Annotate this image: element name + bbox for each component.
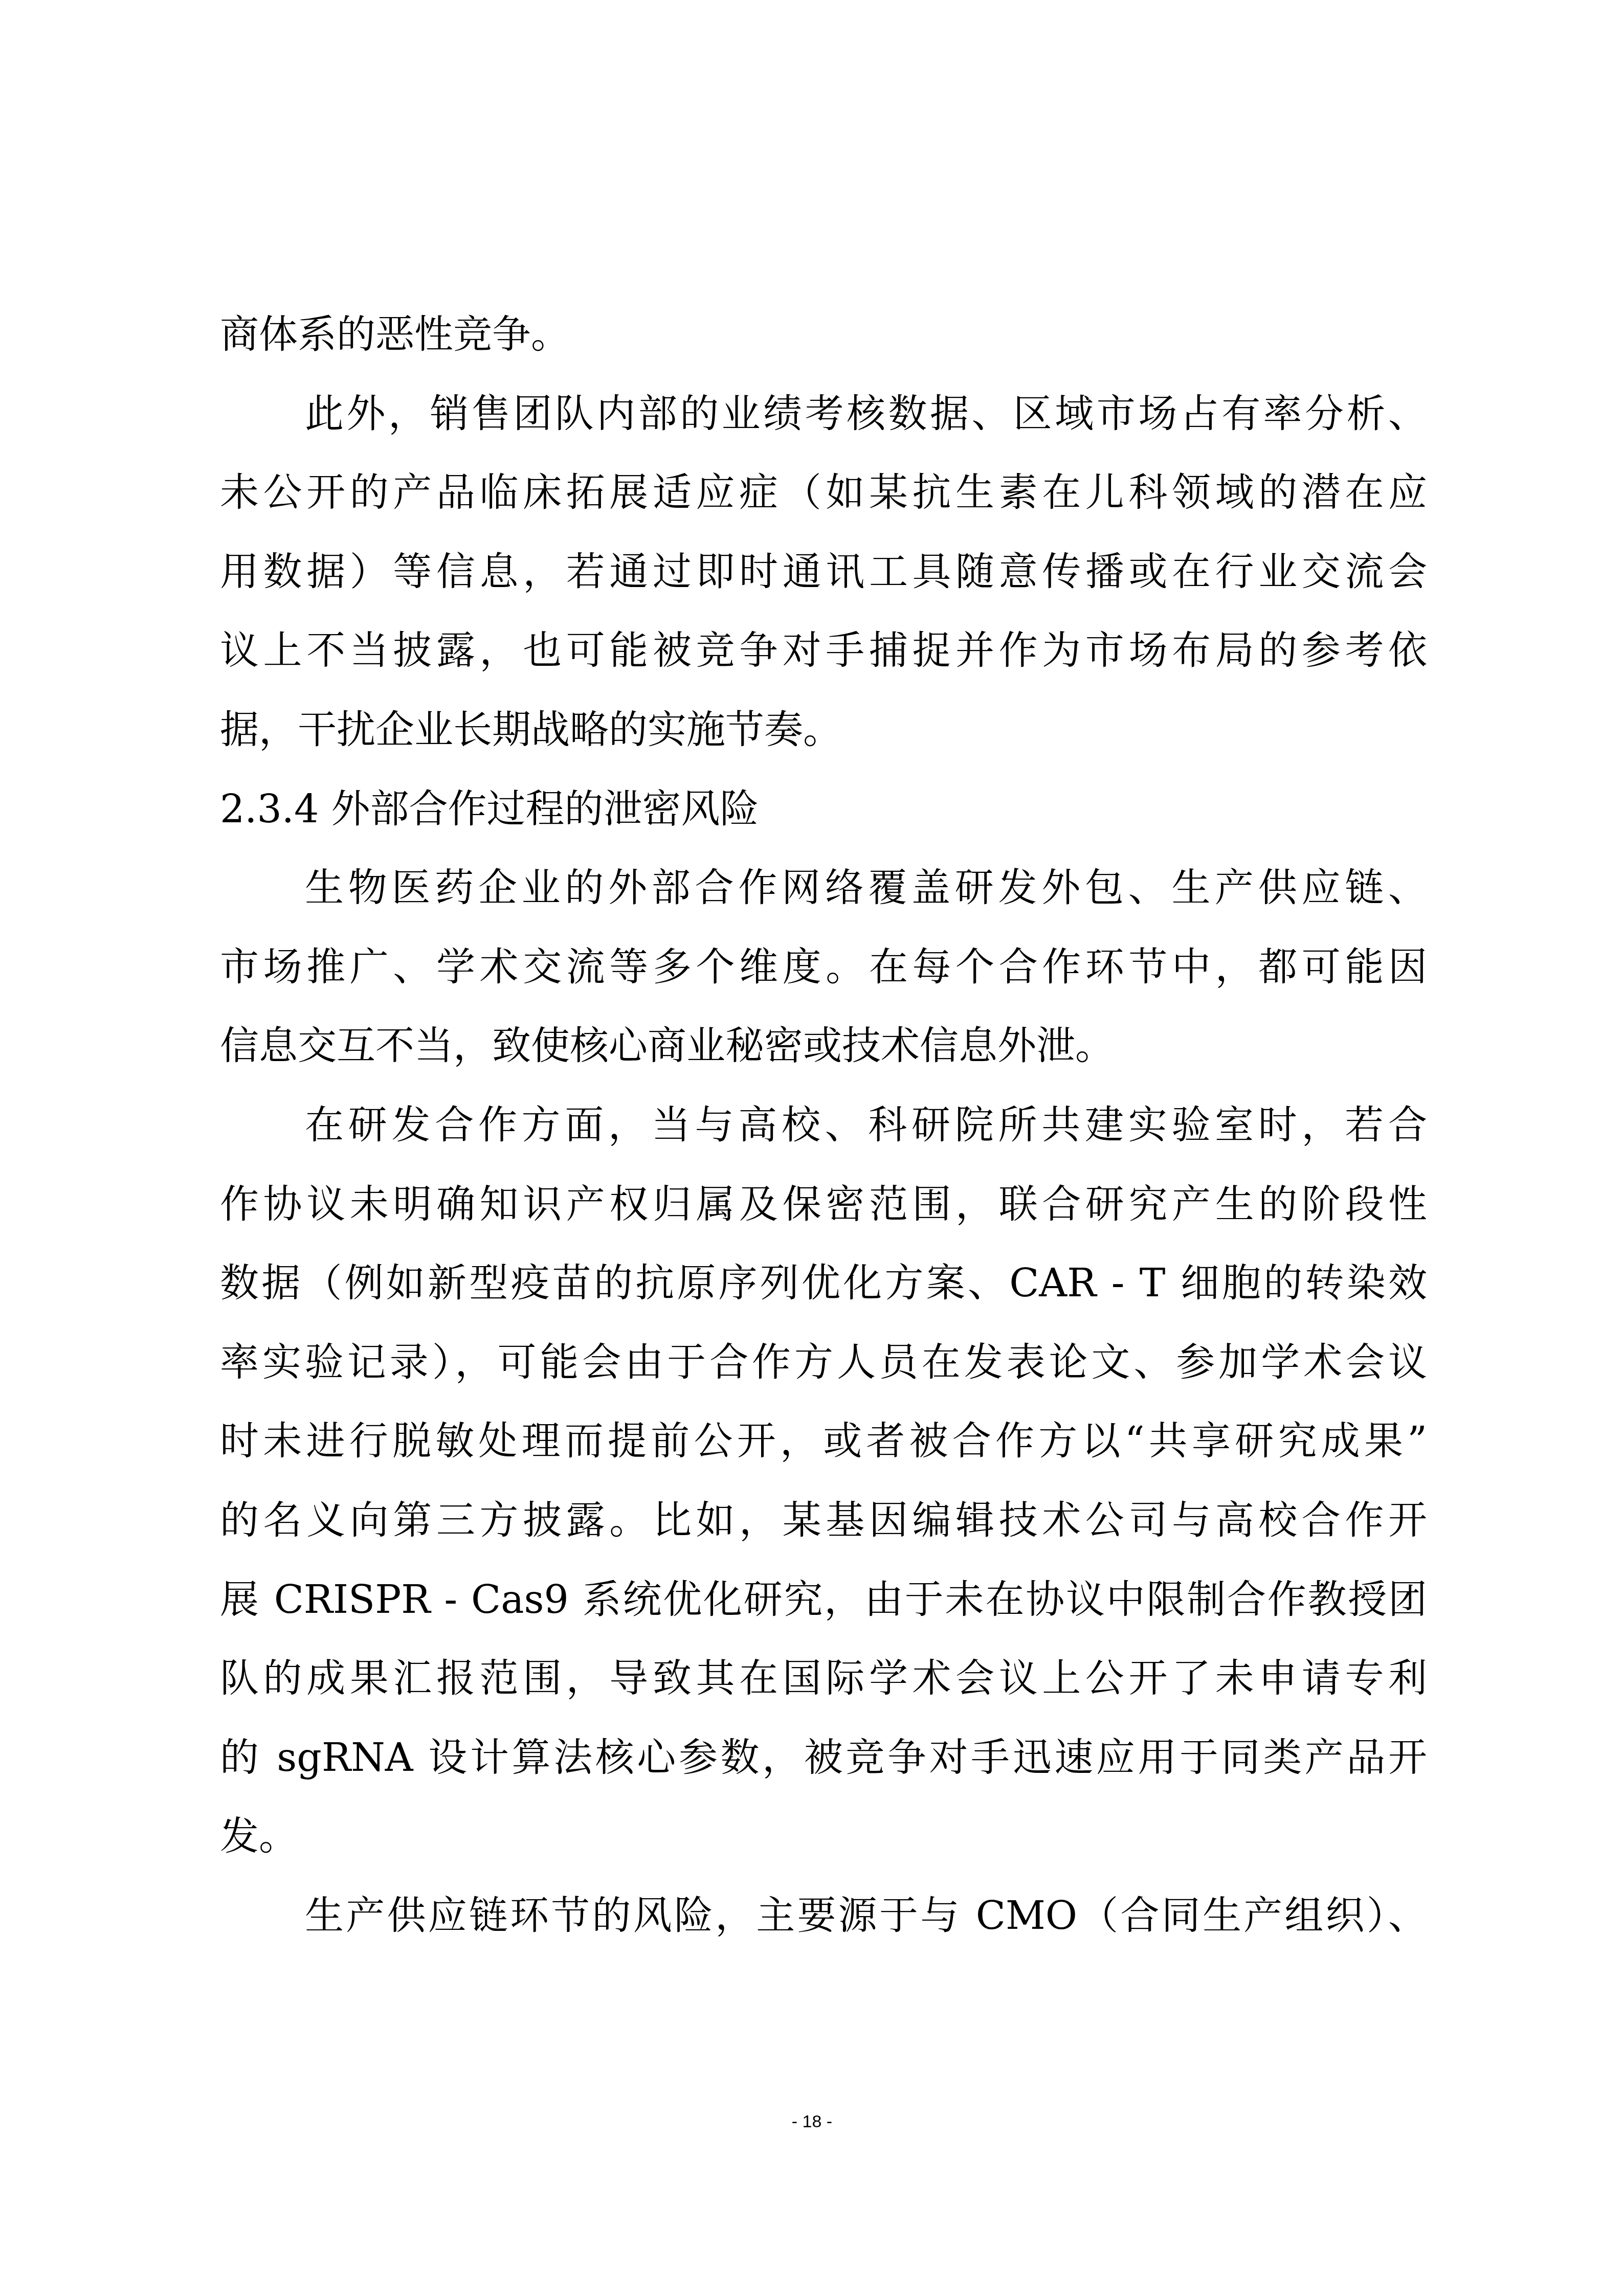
paragraph-rnd-line: 的名义向第三方披露。比如，某基因编辑技术公司与高校合作开 xyxy=(220,1481,1427,1560)
paragraph-rnd-line: 率实验记录），可能会由于合作方人员在发表论文、参加学术会议 xyxy=(220,1323,1427,1402)
paragraph-sales-line: 未公开的产品临床拓展适应症（如某抗生素在儿科领域的潜在应 xyxy=(220,453,1427,532)
paragraph-supply-line: 生产供应链环节的风险，主要源于与 CMO（合同生产组织）、 xyxy=(220,1876,1427,1955)
paragraph-rnd-line: 发。 xyxy=(220,1797,1427,1876)
paragraph-rnd-line: 队的成果汇报范围，导致其在国际学术会议上公开了未申请专利 xyxy=(220,1639,1427,1718)
paragraph-sales-line: 议上不当披露，也可能被竞争对手捕捉并作为市场布局的参考依 xyxy=(220,611,1427,690)
page-number: - 18 - xyxy=(0,2112,1624,2132)
paragraph-rnd-line: 在研发合作方面，当与高校、科研院所共建实验室时，若合 xyxy=(220,1086,1427,1165)
paragraph-rnd-line: 展 CRISPR - Cas9 系统优化研究，由于未在协议中限制合作教授团 xyxy=(220,1560,1427,1639)
paragraph-rnd-line: 作协议未明确知识产权归属及保密范围，联合研究产生的阶段性 xyxy=(220,1165,1427,1244)
paragraph-sales-line: 用数据）等信息，若通过即时通讯工具随意传播或在行业交流会 xyxy=(220,532,1427,612)
paragraph-sales-line: 据，干扰企业长期战略的实施节奏。 xyxy=(220,690,1427,770)
paragraph-rnd-line: 时未进行脱敏处理而提前公开，或者被合作方以“共享研究成果” xyxy=(220,1402,1427,1481)
paragraph-rnd-line: 的 sgRNA 设计算法核心参数，被竞争对手迅速应用于同类产品开 xyxy=(220,1718,1427,1797)
paragraph-rnd-line: 数据（例如新型疫苗的抗原序列优化方案、CAR - T 细胞的转染效 xyxy=(220,1244,1427,1323)
paragraph-sales-line: 此外，销售团队内部的业绩考核数据、区域市场占有率分析、 xyxy=(220,374,1427,454)
paragraph-external-line: 市场推广、学术交流等多个维度。在每个合作环节中，都可能因 xyxy=(220,928,1427,1007)
document-page: 商体系的恶性竞争。 此外，销售团队内部的业绩考核数据、区域市场占有率分析、 未公… xyxy=(0,0,1624,2296)
paragraph-continuation-line: 商体系的恶性竞争。 xyxy=(220,295,1427,374)
section-heading: 2.3.4 外部合作过程的泄密风险 xyxy=(220,770,1427,849)
paragraph-external-line: 信息交互不当，致使核心商业秘密或技术信息外泄。 xyxy=(220,1006,1427,1086)
paragraph-external-line: 生物医药企业的外部合作网络覆盖研发外包、生产供应链、 xyxy=(220,848,1427,928)
body-text: 商体系的恶性竞争。 此外，销售团队内部的业绩考核数据、区域市场占有率分析、 未公… xyxy=(220,295,1427,1955)
